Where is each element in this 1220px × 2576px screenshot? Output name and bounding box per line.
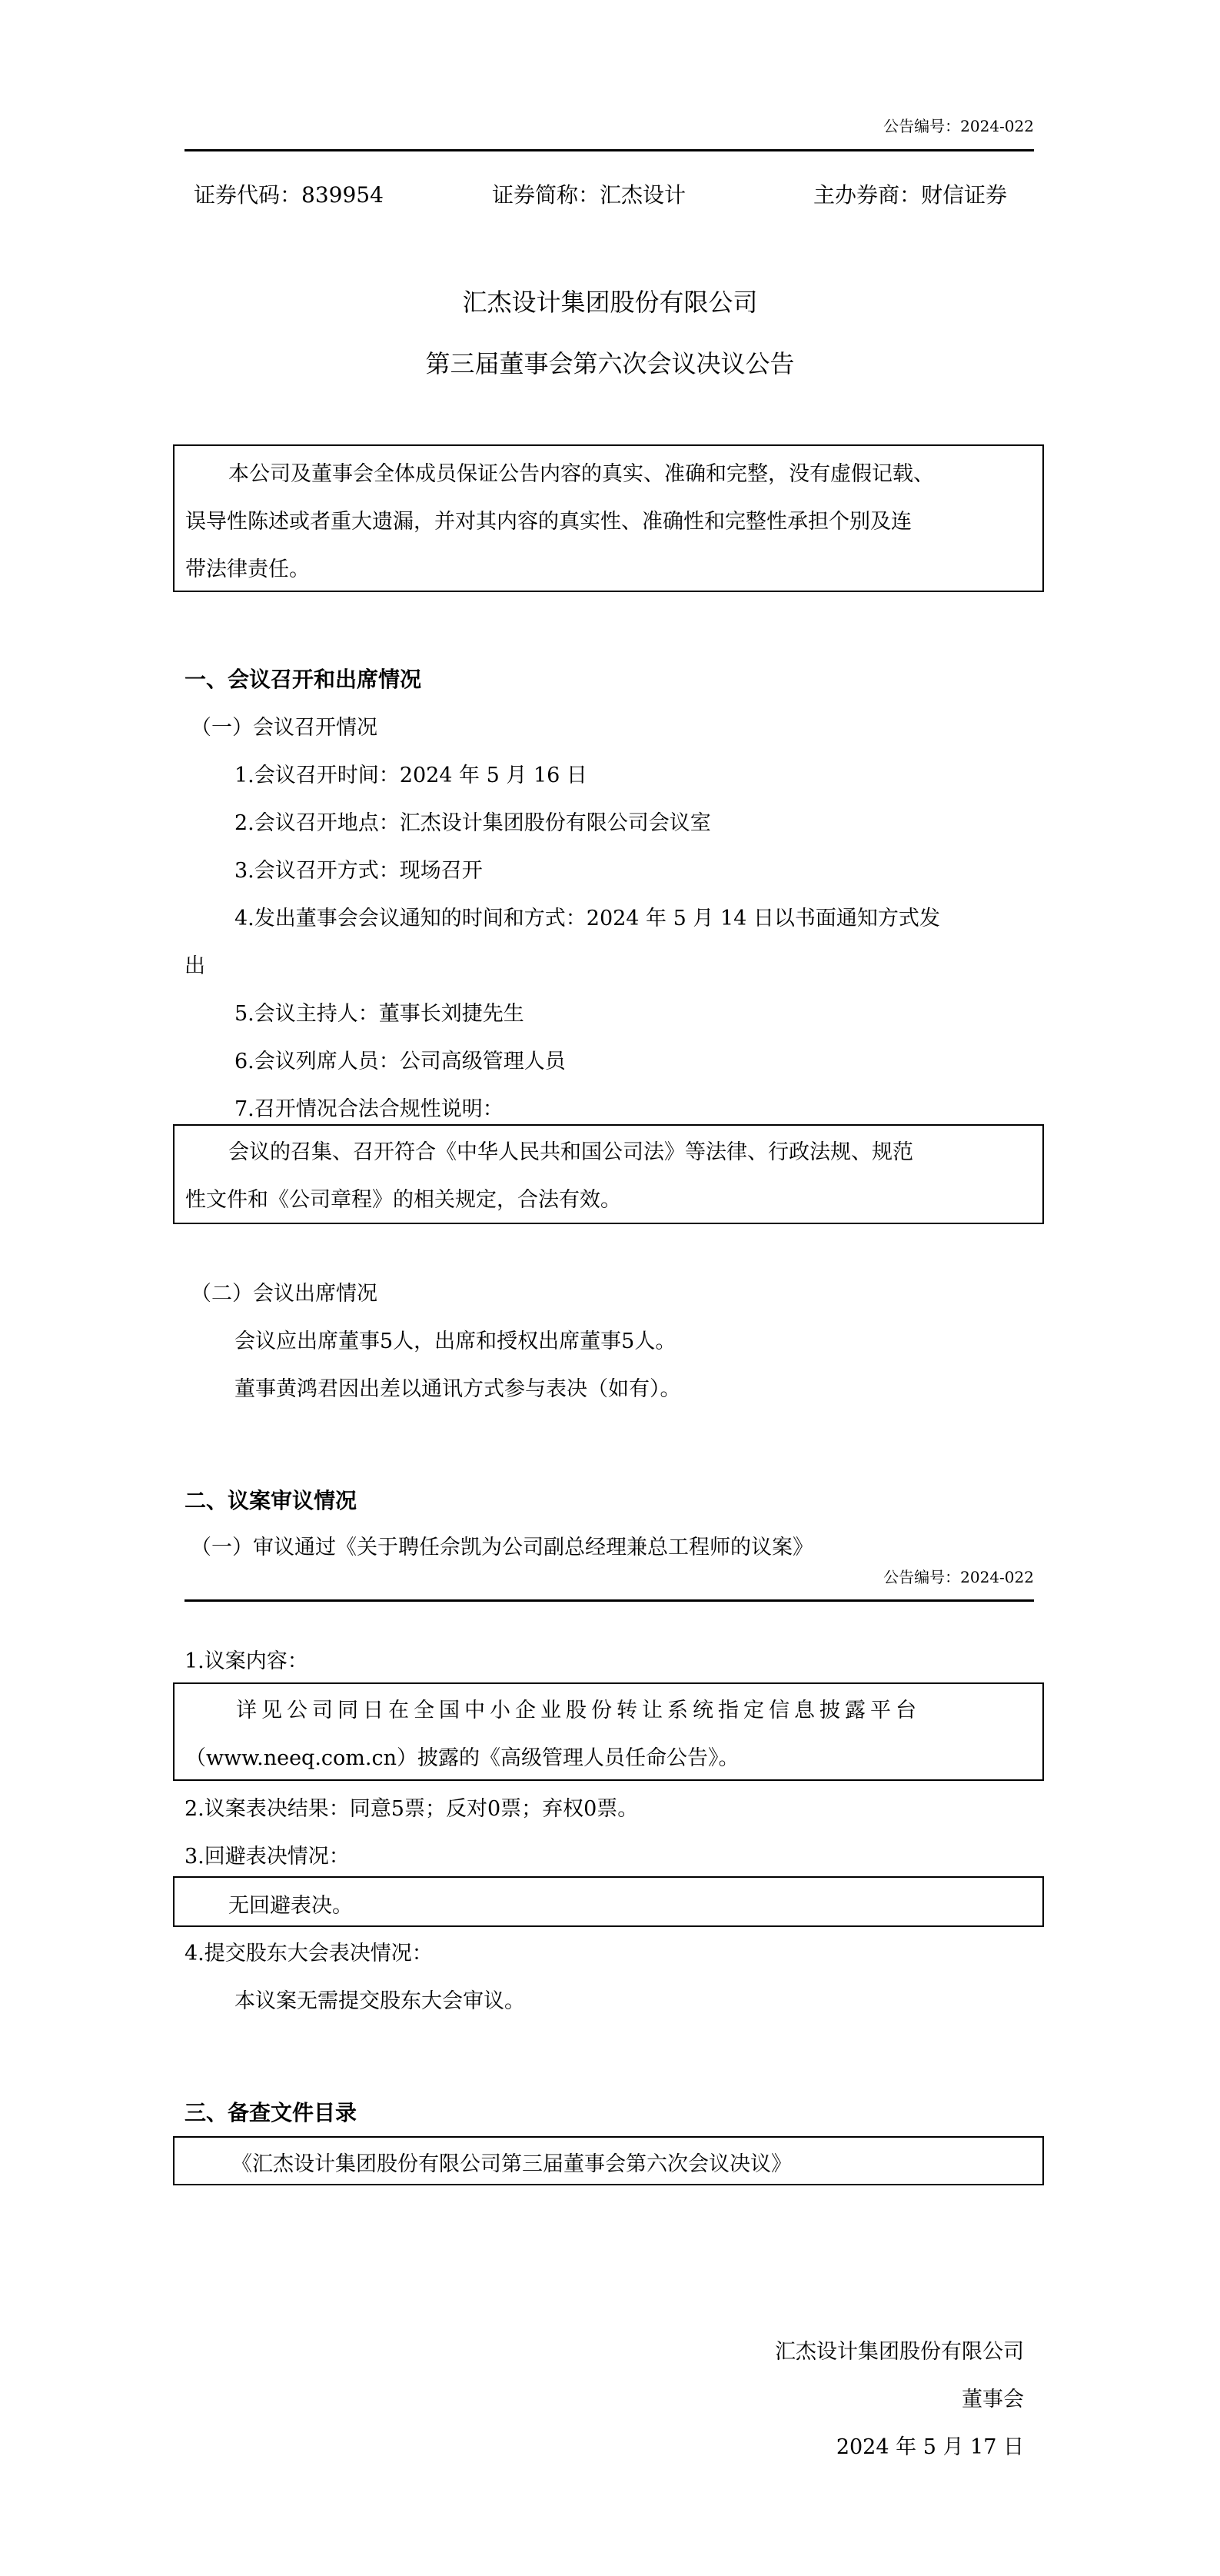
list-item: 6.会议列席人员：公司高级管理人员 [234,1044,566,1074]
shareholder-text: 本议案无需提交股东大会审议。 [234,1984,525,2014]
section-heading: 一、会议召开和出席情况 [184,663,421,694]
shareholder-label: 4.提交股东大会表决情况： [184,1936,433,1966]
signature-board: 董事会 [962,2382,1024,2412]
announcement-number: 公告编号：2024-022 [883,114,1034,136]
subsection-heading: （二）会议出席情况 [191,1276,377,1306]
compliance-box: 会议的召集、召开符合《中华人民共和国公司法》等法律、行政法规、规范 性文件和《公… [173,1124,1044,1224]
company-title: 汇杰设计集团股份有限公司 [0,283,1220,318]
reference-box: 《汇杰设计集团股份有限公司第三届董事会第六次会议决议》 [173,2136,1044,2185]
signature-company: 汇杰设计集团股份有限公司 [775,2335,1024,2365]
document-title: 第三届董事会第六次会议决议公告 [0,344,1220,380]
vote-result: 2.议案表决结果：同意5票；反对0票；弃权0票。 [184,1792,638,1822]
page-rule [184,1599,1034,1602]
content-label: 1.议案内容： [184,1644,308,1674]
statement-line: 带法律责任。 [185,552,310,582]
attendance-line: 董事黄鸿君因出差以通讯方式参与表决（如有）。 [234,1372,681,1402]
statement-box: 本公司及董事会全体成员保证公告内容的真实、准确和完整，没有虚假记载、 误导性陈述… [173,444,1044,592]
content-line: 详见公司同日在全国中小企业股份转让系统指定信息披露平台 [236,1693,921,1723]
recusal-text: 无回避表决。 [228,1889,353,1919]
recusal-label: 3.回避表决情况： [184,1839,350,1869]
list-item: 1.会议召开时间：2024 年 5 月 16 日 [234,758,587,788]
announcement-number: 公告编号：2024-022 [883,1565,1034,1587]
list-item: 2.会议召开地点：汇杰设计集团股份有限公司会议室 [234,806,711,836]
compliance-line: 会议的召集、召开符合《中华人民共和国公司法》等法律、行政法规、规范 [228,1135,913,1165]
list-item: 7.召开情况合法合规性说明： [234,1092,504,1122]
securities-code: 证券代码：839954 [194,178,384,209]
section-heading: 二、议案审议情况 [184,1484,357,1515]
content-line: （www.neeq.com.cn）披露的《高级管理人员任命公告》。 [185,1741,740,1771]
sponsor-broker: 主办券商：财信证券 [813,178,1007,209]
securities-abbr: 证券简称：汇杰设计 [492,178,686,209]
section-heading: 三、备查文件目录 [184,2096,357,2127]
attendance-line: 会议应出席董事5人，出席和授权出席董事5人。 [234,1324,676,1354]
header-rule [184,149,1034,151]
compliance-line: 性文件和《公司章程》的相关规定，合法有效。 [185,1183,621,1213]
subsection-heading: （一）会议召开情况 [191,711,377,741]
list-item: 3.会议召开方式：现场召开 [234,854,483,884]
statement-line: 误导性陈述或者重大遗漏，并对其内容的真实性、准确性和完整性承担个别及连 [185,504,912,534]
list-item: 5.会议主持人：董事长刘捷先生 [234,997,524,1027]
list-item: 4.发出董事会会议通知的时间和方式：2024 年 5 月 14 日以书面通知方式… [234,901,940,931]
motion-heading: （一）审议通过《关于聘任佘凯为公司副总经理兼总工程师的议案》 [191,1530,813,1560]
statement-line: 本公司及董事会全体成员保证公告内容的真实、准确和完整，没有虚假记载、 [228,457,934,487]
list-item-continuation: 出 [184,949,205,979]
signature-date: 2024 年 5 月 17 日 [836,2430,1024,2460]
recusal-box: 无回避表决。 [173,1876,1044,1927]
content-box: 详见公司同日在全国中小企业股份转让系统指定信息披露平台 （www.neeq.co… [173,1682,1044,1781]
reference-document: 《汇杰设计集团股份有限公司第三届董事会第六次会议决议》 [231,2147,792,2177]
